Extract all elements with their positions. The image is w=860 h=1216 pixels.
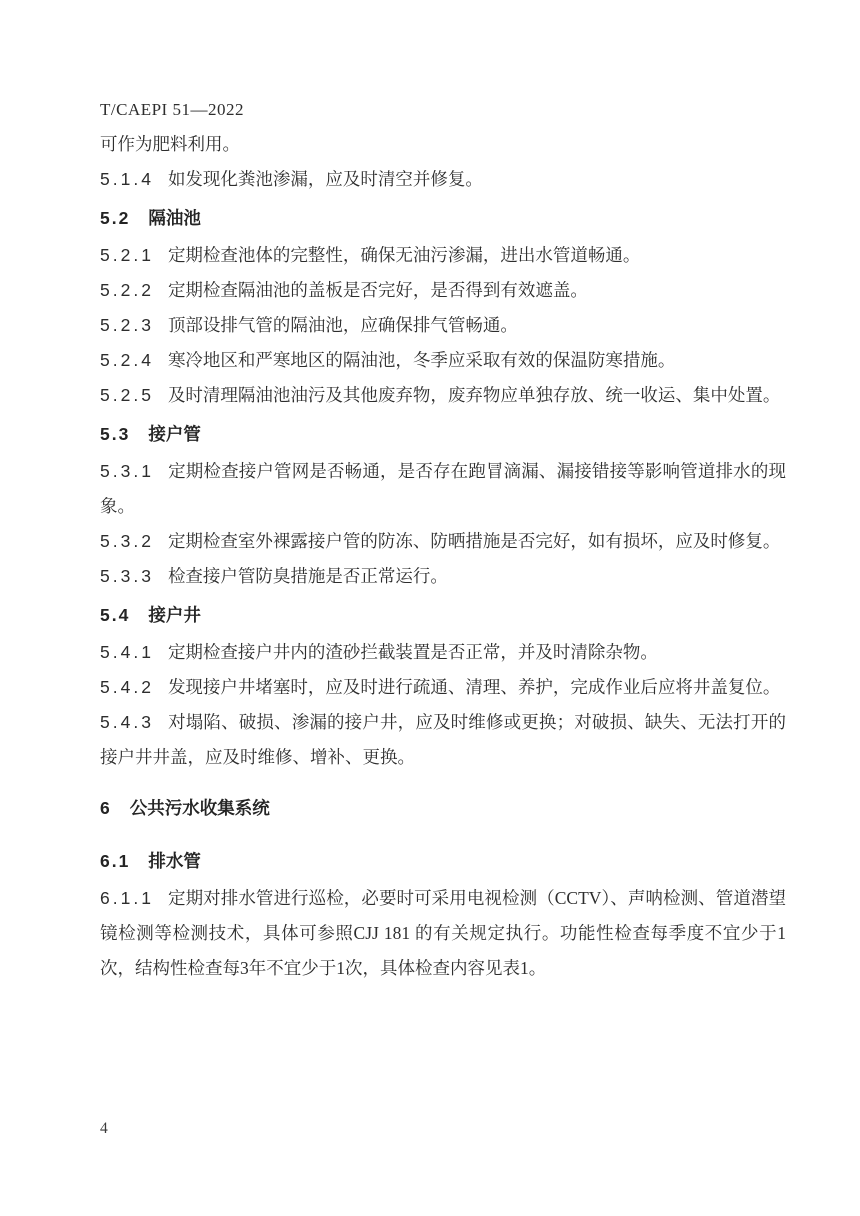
page-content: T/CAEPI 51—2022 可作为肥料利用。 5.1.4如发现化粪池渗漏，应… <box>100 92 786 986</box>
clause-text: 对塌陷、破损、渗漏的接户井，应及时维修或更换；对破损、缺失、无法打开的接户井井盖… <box>100 712 786 767</box>
clause-number: 5.2.5 <box>100 385 154 405</box>
section-heading-5-3: 5.3接户管 <box>100 417 786 452</box>
clause-number: 5.3.1 <box>100 461 154 481</box>
clause-text: 检查接户管防臭措施是否正常运行。 <box>168 566 448 586</box>
paragraph-continuation: 可作为肥料利用。 <box>100 127 786 162</box>
clause-5-2-3: 5.2.3顶部设排气管的隔油池，应确保排气管畅通。 <box>100 308 786 343</box>
clause-5-2-2: 5.2.2定期检查隔油池的盖板是否完好，是否得到有效遮盖。 <box>100 273 786 308</box>
clause-text: 发现接户井堵塞时，应及时进行疏通、清理、养护，完成作业后应将井盖复位。 <box>168 677 781 697</box>
clause-number: 5.2.1 <box>100 245 154 265</box>
page-number: 4 <box>100 1120 108 1138</box>
section-title: 接户井 <box>148 605 201 625</box>
clause-number: 5.4.2 <box>100 677 154 697</box>
section-number: 6.1 <box>100 851 130 871</box>
section-title: 接户管 <box>148 424 201 444</box>
clause-text: 及时清理隔油池油污及其他废弃物，废弃物应单独存放、统一收运、集中处置。 <box>168 385 781 405</box>
clause-6-1-1: 6.1.1定期对排水管进行巡检，必要时可采用电视检测（CCTV）、声呐检测、管道… <box>100 881 786 986</box>
clause-5-3-3: 5.3.3检查接户管防臭措施是否正常运行。 <box>100 559 786 594</box>
section-number: 5.4 <box>100 605 130 625</box>
clause-number: 5.2.2 <box>100 280 154 300</box>
section-title: 排水管 <box>148 851 201 871</box>
clause-text: 定期检查接户井内的渣砂拦截装置是否正常，并及时清除杂物。 <box>168 642 658 662</box>
clause-number: 6.1.1 <box>100 888 154 908</box>
clause-number: 5.2.3 <box>100 315 154 335</box>
chapter-number: 6 <box>100 798 112 818</box>
clause-number: 5.3.3 <box>100 566 154 586</box>
clause-5-3-1: 5.3.1定期检查接户管网是否畅通，是否存在跑冒滴漏、漏接错接等影响管道排水的现… <box>100 454 786 524</box>
clause-number: 5.4.3 <box>100 712 154 732</box>
clause-text: 定期检查池体的完整性，确保无油污渗漏，进出水管道畅通。 <box>168 245 641 265</box>
clause-5-1-4: 5.1.4如发现化粪池渗漏，应及时清空并修复。 <box>100 162 786 197</box>
section-number: 5.2 <box>100 208 130 228</box>
clause-text: 定期对排水管进行巡检，必要时可采用电视检测（CCTV）、声呐检测、管道潜望镜检测… <box>100 888 786 978</box>
clause-text: 顶部设排气管的隔油池，应确保排气管畅通。 <box>168 315 518 335</box>
chapter-title: 公共污水收集系统 <box>130 798 270 818</box>
clause-text: 定期检查室外裸露接户管的防冻、防晒措施是否完好，如有损坏，应及时修复。 <box>168 531 781 551</box>
section-heading-6-1: 6.1排水管 <box>100 844 786 879</box>
document-page: T/CAEPI 51—2022 可作为肥料利用。 5.1.4如发现化粪池渗漏，应… <box>0 0 860 1216</box>
clause-5-4-3: 5.4.3对塌陷、破损、渗漏的接户井，应及时维修或更换；对破损、缺失、无法打开的… <box>100 705 786 775</box>
section-number: 5.3 <box>100 424 130 444</box>
section-heading-5-2: 5.2隔油池 <box>100 201 786 236</box>
clause-5-2-5: 5.2.5及时清理隔油池油污及其他废弃物，废弃物应单独存放、统一收运、集中处置。 <box>100 378 786 413</box>
section-heading-5-4: 5.4接户井 <box>100 598 786 633</box>
clause-5-2-4: 5.2.4寒冷地区和严寒地区的隔油池，冬季应采取有效的保温防寒措施。 <box>100 343 786 378</box>
clause-number: 5.4.1 <box>100 642 154 662</box>
clause-5-2-1: 5.2.1定期检查池体的完整性，确保无油污渗漏，进出水管道畅通。 <box>100 238 786 273</box>
clause-text: 定期检查接户管网是否畅通，是否存在跑冒滴漏、漏接错接等影响管道排水的现象。 <box>100 461 786 516</box>
document-code-header: T/CAEPI 51—2022 <box>100 92 786 127</box>
paragraph-text: 可作为肥料利用。 <box>100 134 240 154</box>
clause-5-4-2: 5.4.2发现接户井堵塞时，应及时进行疏通、清理、养护，完成作业后应将井盖复位。 <box>100 670 786 705</box>
section-title: 隔油池 <box>148 208 201 228</box>
clause-number: 5.3.2 <box>100 531 154 551</box>
clause-text: 定期检查隔油池的盖板是否完好，是否得到有效遮盖。 <box>168 280 588 300</box>
clause-number: 5.2.4 <box>100 350 154 370</box>
chapter-heading-6: 6公共污水收集系统 <box>100 791 786 826</box>
clause-number: 5.1.4 <box>100 169 154 189</box>
clause-text: 如发现化粪池渗漏，应及时清空并修复。 <box>168 169 483 189</box>
clause-5-4-1: 5.4.1定期检查接户井内的渣砂拦截装置是否正常，并及时清除杂物。 <box>100 635 786 670</box>
clause-text: 寒冷地区和严寒地区的隔油池，冬季应采取有效的保温防寒措施。 <box>168 350 676 370</box>
clause-5-3-2: 5.3.2定期检查室外裸露接户管的防冻、防晒措施是否完好，如有损坏，应及时修复。 <box>100 524 786 559</box>
